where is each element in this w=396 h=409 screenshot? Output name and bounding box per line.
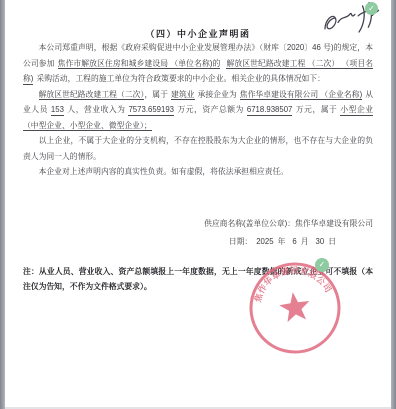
document-viewer: ✓ （四）中小企业声明函 本公司郑重声明，根据《政府采购促进中小企业发展管理办法… [0, 0, 396, 409]
date-year-unit: 年 [278, 237, 286, 246]
supplier-label: 供应商名称(盖单位公章)： [204, 219, 295, 228]
employee-count-field: 153 [51, 105, 64, 116]
date-month-unit: 月 [301, 237, 309, 246]
revenue-field: 7573.659193 [128, 105, 174, 116]
verified-check-icon: ✓ [315, 258, 329, 272]
page-edge-left [0, 0, 5, 409]
project-title-field: 解放区世纪路改建工程（二次） [39, 90, 145, 101]
date-day-unit: 日 [328, 237, 336, 246]
paragraph-responsibility: 本企业对上述声明内容的真实性负责。如有虚假，将依法承担相应责任。 [23, 164, 373, 180]
document-page: （四）中小企业声明函 本公司郑重声明，根据《政府采购促进中小企业发展管理办法》（… [5, 0, 391, 409]
date-label: 日期： [229, 237, 252, 246]
company-name-field: 焦作华卓建设有限公司 （企业名称) [240, 90, 362, 101]
buyer-name-field: 焦作市解放区住房和城乡建设局 （单位名称)的 [58, 59, 221, 70]
date-month: 6 [292, 237, 296, 246]
page-edge-right [391, 0, 396, 409]
para1-tail: 采购活动，工程的施工单位为符合政策要求的中小企业。相关企业的具体情况如下： [36, 74, 324, 83]
paragraph-enterprise-info: 解放区世纪路改建工程（二次），属于建筑业承接企业为焦作华卓建设有限公司 （企业名… [23, 87, 373, 134]
date-year: 2025 [256, 237, 273, 246]
assets-tail: 万元，属于 [295, 105, 337, 114]
assets-field: 6718.938507 [247, 105, 293, 116]
revenue-tail: 万元，资产总额为 [177, 105, 244, 114]
date-line: 日期：2025年6月30日 [23, 234, 373, 250]
paragraph-no-affiliation: 以上企业，不属于大企业的分支机构，不存在控股股东为大企业的情形，也不存在与大企业… [23, 133, 373, 164]
date-day: 30 [316, 237, 325, 246]
staff-tail: 人，营业收入为 [67, 105, 126, 114]
contractor-label: 承接企业为 [198, 90, 237, 99]
approved-check-icon: ✓ [365, 2, 378, 15]
supplier-name: 焦作华卓建设有限公司 [295, 219, 373, 228]
industry-field: 建筑业 [171, 90, 195, 101]
belongs-label: ，属于 [144, 90, 168, 99]
supplier-name-line: 供应商名称(盖单位公章)：焦作华卓建设有限公司 [23, 216, 373, 232]
paragraph-declaration: 本公司郑重声明，根据《政府采购促进中小企业发展管理办法》（财库〔2020〕46 … [23, 40, 373, 87]
